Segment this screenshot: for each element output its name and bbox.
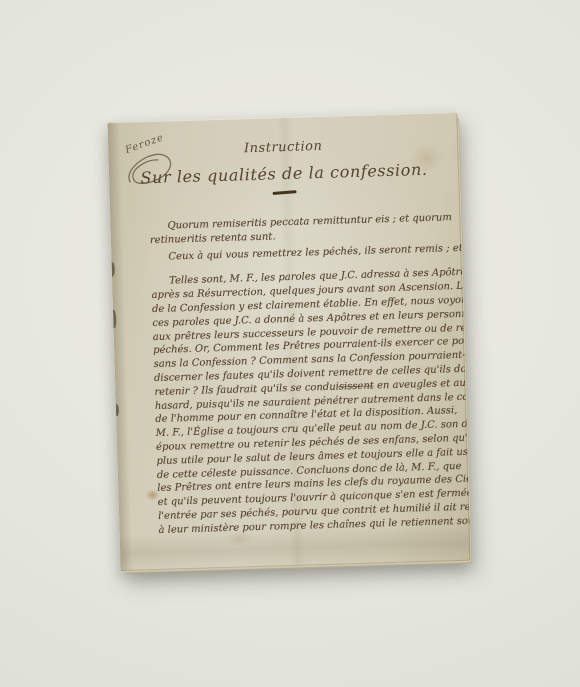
manuscript-lines: Quorum remiseritis peccata remittuntur e…	[110, 211, 469, 539]
photo-backdrop: { "scene": { "description": "Photograph …	[0, 0, 580, 687]
section-separator	[272, 190, 296, 195]
manuscript-sheet: Feroze Instruction Sur les qualités de l…	[107, 112, 470, 571]
owner-inscription: Feroze	[112, 129, 191, 203]
